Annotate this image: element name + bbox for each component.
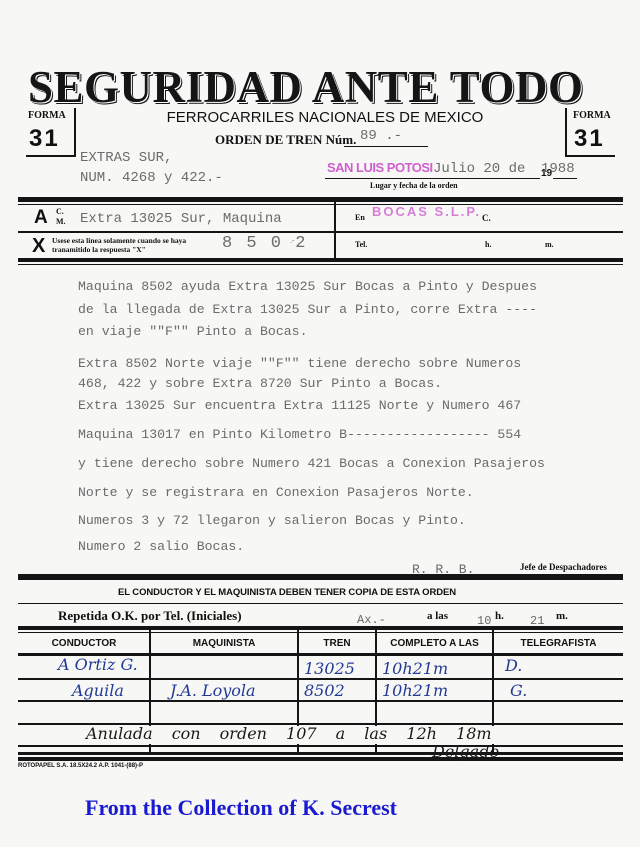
repetida-label: Repetida O.K. por Tel. (Iniciales) (58, 608, 242, 624)
orden-label: ORDEN DE TREN Núm. (215, 132, 356, 148)
printer-imprint: ROTOPAPEL S.A. 18.5X24.2 A.P. 1041-(88)-… (18, 763, 143, 769)
a-value[interactable]: Extra 13025 Sur, Maquina (80, 211, 282, 227)
col-header-tren: TREN (299, 638, 375, 649)
year-typed: 1988 (541, 161, 575, 177)
row-rule-1 (18, 678, 623, 680)
order-line-5: 468, 422 y sobre Extra 8720 Sur Pinto a … (78, 376, 442, 391)
col-header-maquinista: MAQUINISTA (151, 638, 297, 649)
signature-caption: Jefe de Despachadores (520, 562, 607, 572)
minute-label: m. (556, 610, 568, 622)
order-line-2: de la llegada de Extra 13025 Sur a Pinto… (78, 302, 537, 317)
annulment-line: Anulada con orden 107 a las 12h 18m (86, 724, 492, 743)
x-note: Usese esta linea solamente cuando se hay… (52, 236, 222, 254)
row2-completo[interactable]: 10h21m (382, 681, 448, 700)
en-label: En (355, 213, 365, 222)
a-cm-m: M. (56, 217, 66, 226)
form-title: SEGURIDAD ANTE TODO (28, 62, 628, 112)
en-stamp: BOCAS S.L.P. (372, 204, 481, 219)
a-letter: A (34, 207, 48, 229)
table-top-rule-thin (18, 632, 623, 633)
row1-completo[interactable]: 10h21m (382, 659, 448, 678)
a-cm-c: C. (56, 207, 64, 216)
row-rule-2 (18, 700, 623, 702)
c-label: C. (482, 213, 491, 223)
row2-conductor[interactable]: Aguila (72, 681, 124, 700)
tel-h-label: h. (485, 240, 491, 249)
forma-box-right: FORMA 31 (565, 108, 615, 157)
routing-divider (334, 202, 336, 258)
tel-label: Tel. (355, 240, 367, 249)
copy-notice: EL CONDUCTOR Y EL MAQUINISTA DEBEN TENER… (118, 587, 456, 598)
forma-label-left: FORMA (28, 110, 66, 121)
hour-label: h. (495, 610, 504, 622)
table-top-rule (18, 626, 623, 630)
order-line-6: Extra 13025 Sur encuentra Extra 11125 No… (78, 398, 521, 413)
a-las-label: a las (427, 610, 448, 622)
order-line-9: Norte y se registrara en Conexion Pasaje… (78, 485, 474, 500)
row2-telegrafista[interactable]: G. (510, 681, 527, 700)
x-suffix: .- (290, 238, 294, 245)
repetida-initials[interactable]: Ax.- (357, 613, 386, 627)
x-letter: X (32, 235, 45, 258)
copy-notice-rule (18, 603, 623, 604)
row1-telegrafista[interactable]: D. (505, 656, 522, 675)
routing-top-rule (18, 197, 623, 202)
table-bottom-rule (18, 752, 623, 755)
routing-mid-rule (18, 231, 623, 233)
routing-bottom-rule-thin (18, 264, 623, 265)
order-line-10: Numeros 3 y 72 llegaron y salieron Bocas… (78, 513, 466, 528)
orden-number-field[interactable]: 89 .- (344, 128, 428, 147)
col-header-telegrafista: TELEGRAFISTA (494, 638, 623, 649)
place-stamp: SAN LUIS POTOSI (327, 160, 433, 175)
row1-conductor[interactable]: A Ortiz G. (58, 655, 138, 674)
row2-tren[interactable]: 8502 (304, 681, 345, 700)
order-line-3: en viaje ""F"" Pinto a Bocas. (78, 324, 308, 339)
order-line-8: y tiene derecho sobre Numero 421 Bocas a… (78, 456, 545, 471)
addressee-line-2: NUM. 4268 y 422.- (80, 170, 223, 186)
row-rule-4 (18, 745, 623, 747)
forma-number-left: 31 (29, 126, 60, 152)
forma-label-right: FORMA (573, 110, 611, 121)
forma-box-left: FORMA 31 (26, 108, 76, 157)
place-date-field[interactable]: SAN LUIS POTOSI Julio 20 de (325, 162, 540, 179)
date-typed: Julio 20 de (433, 161, 525, 177)
routing-bottom-rule (18, 258, 623, 262)
order-line-1: Maquina 8502 ayuda Extra 13025 Sur Bocas… (78, 279, 537, 294)
tel-m-label: m. (545, 240, 554, 249)
order-line-7: Maquina 13017 en Pinto Kilometro B------… (78, 427, 521, 442)
orden-number: 89 .- (360, 128, 402, 144)
routing-top-rule-thin (18, 204, 623, 205)
year-field[interactable]: 1988 (553, 162, 577, 179)
footer-top-rule (18, 574, 623, 580)
addressee-line-1: EXTRAS SUR, (80, 150, 172, 166)
row2-maquinista[interactable]: J.A. Loyola (170, 681, 256, 700)
col-header-completo: COMPLETO A LAS (377, 638, 492, 649)
col-header-conductor: CONDUCTOR (20, 638, 148, 649)
collection-credit: From the Collection of K. Secrest (85, 795, 397, 821)
x-value[interactable]: 8 5 0 2 (222, 234, 307, 253)
forma-number-right: 31 (574, 126, 605, 152)
company-name: FERROCARRILES NACIONALES DE MEXICO (160, 109, 490, 126)
order-line-11: Numero 2 salio Bocas. (78, 539, 244, 554)
table-bottom-rule-2 (18, 757, 623, 761)
order-line-4: Extra 8502 Norte viaje ""F"" tiene derec… (78, 356, 521, 371)
place-date-caption: Lugar y fecha de la orden (370, 181, 458, 190)
annulment-signature: Delgado (432, 742, 499, 761)
row1-tren[interactable]: 13025 (304, 659, 355, 678)
